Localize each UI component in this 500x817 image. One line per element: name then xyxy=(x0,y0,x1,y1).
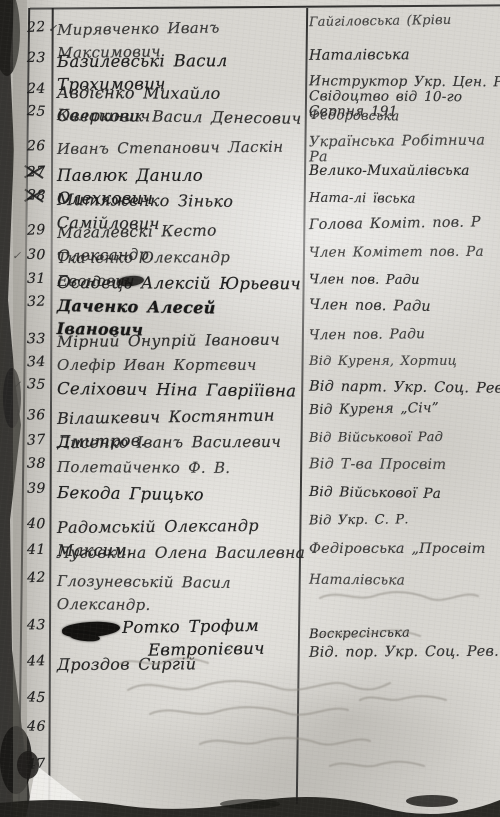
scanned-register-page: 22✓Мирявченко Иванъ МаксимовичГайгіловсь… xyxy=(0,0,500,817)
bottom-edge-shadow xyxy=(0,787,500,817)
page-edge-shadow xyxy=(0,0,60,817)
bleed-through-ink xyxy=(0,0,500,817)
